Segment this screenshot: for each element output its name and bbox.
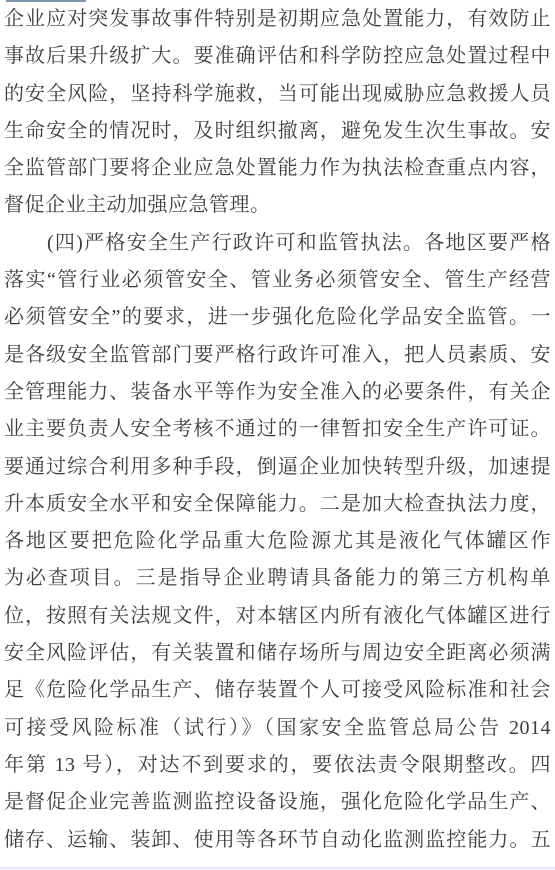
text-line: 生命安全的情况时，及时组织撤离，避免发生次生事故。安 — [4, 113, 551, 150]
text-line: 各地区要把危险化学品重大危险源尤其是液化气体罐区作 — [4, 523, 551, 560]
text-line: 安全风险评估，有关装置和储存场所与周边安全距离必须满 — [4, 635, 551, 672]
text-line: 为必查项目。三是指导企业聘请具备能力的第三方机构单 — [4, 560, 551, 597]
text-line: 督促企业主动加强应急管理。 — [4, 187, 551, 224]
text-line: 位，按照有关法规文件，对本辖区内所有液化气体罐区进行 — [4, 598, 551, 635]
document-text: 企业应对突发事故事件特别是初期应急处置能力，有效防止事故后果升级扩大。要准确评估… — [4, 1, 551, 859]
text-line: 企业应对突发事故事件特别是初期应急处置能力，有效防止 — [4, 1, 551, 38]
text-line: 升本质安全水平和安全保障能力。二是加大检查执法力度， — [4, 486, 551, 523]
text-line: 必须管安全”的要求，进一步强化危险化学品安全监管。一 — [4, 299, 551, 336]
text-line: 是各级安全监管部门要严格行政许可准入，把人员素质、安 — [4, 337, 551, 374]
text-line: 全管理能力、装备水平等作为安全准入的必要条件，有关企 — [4, 374, 551, 411]
text-line: 足《危险化学品生产、储存装置个人可接受风险标准和社会 — [4, 672, 551, 709]
text-line: 事故后果升级扩大。要准确评估和科学防控应急处置过程中 — [4, 38, 551, 75]
text-line: 的安全风险，坚持科学施救，当可能出现威胁应急救援人员 — [4, 76, 551, 113]
paragraph: 企业应对突发事故事件特别是初期应急处置能力，有效防止事故后果升级扩大。要准确评估… — [4, 1, 551, 225]
text-line: 可接受风险标准（试行）》（国家安全监管总局公告 2014 — [4, 710, 551, 747]
text-line: 业主要负责人安全考核不通过的一律暂扣安全生产许可证。 — [4, 411, 551, 448]
document-page: 企业应对突发事故事件特别是初期应急处置能力，有效防止事故后果升级扩大。要准确评估… — [0, 0, 555, 870]
text-line: 要通过综合利用多种手段，倒逼企业加快转型升级，加速提 — [4, 449, 551, 486]
text-line: 落实“管行业必须管安全、管业务必须管安全、管生产经营 — [4, 262, 551, 299]
text-line: 储存、运输、装卸、使用等各环节自动化监测监控能力。五 — [4, 822, 551, 859]
paragraph: (四)严格安全生产行政许可和监管执法。各地区要严格落实“管行业必须管安全、管业务… — [4, 225, 551, 859]
text-line: 年第 13 号），对达不到要求的，要依法责令限期整改。四 — [4, 747, 551, 784]
text-line: 全监管部门要将企业应急处置能力作为执法检查重点内容， — [4, 150, 551, 187]
text-line: (四)严格安全生产行政许可和监管执法。各地区要严格 — [4, 225, 551, 262]
text-line: 是督促企业完善监测监控设备设施，强化危险化学品生产、 — [4, 784, 551, 821]
bottom-page-rule — [0, 867, 555, 869]
